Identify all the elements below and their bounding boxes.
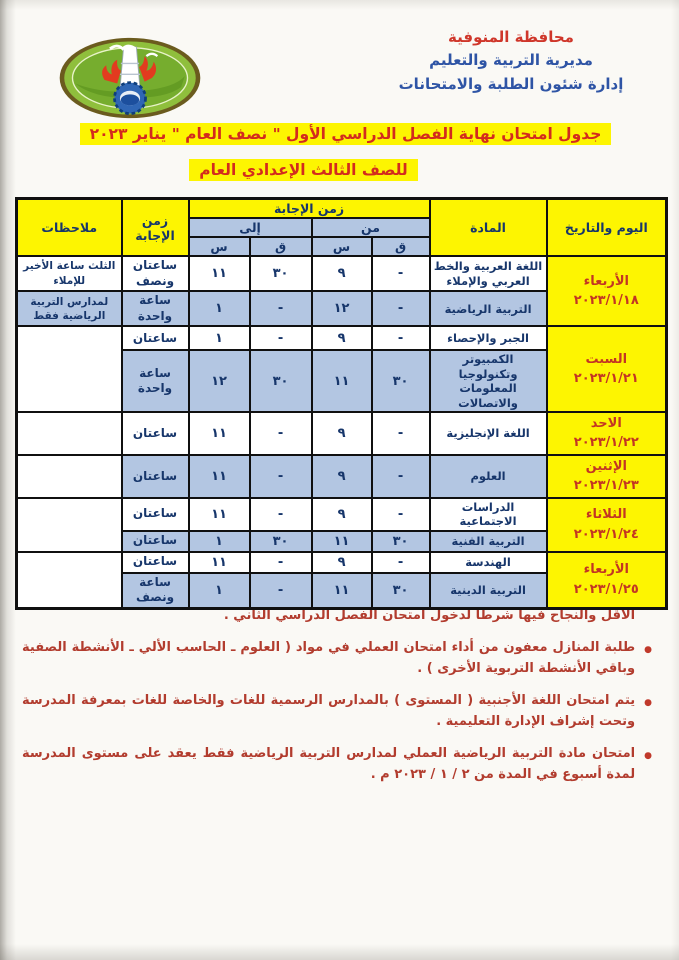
day-date-cell: الأربعاء٢٠٢٣/١/١٨ [547, 256, 667, 326]
day-name: الإثنين [550, 457, 664, 477]
note-cell: الثلث ساعة الأخير للإملاء [17, 256, 122, 291]
from-minutes-cell: - [372, 552, 430, 573]
bullet-icon: ● [644, 643, 652, 679]
from-hours-cell: ٩ [312, 412, 372, 455]
table-row: الثلاثاء٢٠٢٣/١/٢٤الدراسات الاجتماعية-٩-١… [17, 498, 667, 531]
letterhead: محافظة المنوفية مديرية التربية والتعليم … [389, 26, 633, 96]
from-minutes-cell: - [372, 498, 430, 531]
table-row: الأربعاء٢٠٢٣/١/١٨اللغة العربية والخط الع… [17, 256, 667, 291]
subject-cell: الكمبيوتر وتكنولوجيا المعلومات والاتصالا… [430, 350, 547, 412]
from-minutes-cell: - [372, 412, 430, 455]
grade-title: للصف الثالث الإعدادي العام [0, 159, 607, 181]
to-minutes-cell: ٣٠ [250, 256, 312, 291]
day-date: ٢٠٢٣/١/٢٢ [550, 433, 664, 453]
to-hours-cell: ١١ [189, 256, 250, 291]
duration-cell: ساعة واحدة [122, 350, 189, 412]
to-hours-cell: ١٢ [189, 350, 250, 412]
from-hours-cell: ٩ [312, 455, 372, 498]
header-day-date: اليوم والتاريخ [547, 199, 667, 257]
to-minutes-cell: - [250, 326, 312, 350]
day-name: الثلاثاء [550, 505, 664, 525]
header-subject: المادة [430, 199, 547, 257]
to-hours-cell: ١١ [189, 552, 250, 573]
governorate-name: محافظة المنوفية [389, 26, 633, 49]
to-minutes-cell: - [250, 498, 312, 531]
to-minutes-cell: ٣٠ [250, 350, 312, 412]
note-text: امتحان مادة التربية الرياضية العملي لمدا… [22, 743, 635, 785]
day-date: ٢٠٢٣/١/٢١ [550, 369, 664, 389]
subject-cell: الهندسة [430, 552, 547, 573]
duration-cell: ساعتان [122, 455, 189, 498]
table-row: السبت٢٠٢٣/١/٢١الجبر والإحصاء-٩-١ساعتان [17, 326, 667, 350]
from-hours-cell: ٩ [312, 326, 372, 350]
duration-cell: ساعتان [122, 412, 189, 455]
to-minutes-cell: - [250, 455, 312, 498]
from-hours-cell: ٩ [312, 256, 372, 291]
exam-schedule-table: اليوم والتاريخ المادة زمن الإجابة زمن ال… [15, 197, 668, 610]
header-duration: زمن الإجابة [122, 199, 189, 257]
day-date-cell: الأربعاء٢٠٢٣/١/٢٥ [547, 552, 667, 609]
note-cell [17, 552, 122, 609]
table-header-row: اليوم والتاريخ المادة زمن الإجابة زمن ال… [17, 199, 667, 219]
to-hours-cell: ١١ [189, 498, 250, 531]
to-minutes-cell: - [250, 291, 312, 326]
to-minutes-cell: ٣٠ [250, 531, 312, 552]
day-date-cell: الاحد٢٠٢٣/١/٢٢ [547, 412, 667, 455]
day-name: الأربعاء [550, 272, 664, 292]
day-name: الاحد [550, 414, 664, 434]
subject-cell: الجبر والإحصاء [430, 326, 547, 350]
day-date: ٢٠٢٣/١/٢٤ [550, 525, 664, 545]
to-hours-cell: ١ [189, 573, 250, 609]
schedule-table-body: الأربعاء٢٠٢٣/١/١٨اللغة العربية والخط الع… [17, 256, 667, 608]
note-cell [17, 326, 122, 412]
subject-cell: اللغة الإنجليزية [430, 412, 547, 455]
day-date: ٢٠٢٣/١/٢٥ [550, 580, 664, 600]
note-text: يتم امتحان اللغة الأجنبية ( المستوى ) با… [22, 690, 635, 732]
table-row: الأربعاء٢٠٢٣/١/٢٥الهندسة-٩-١١ساعتان [17, 552, 667, 573]
day-date-cell: الإثنين٢٠٢٣/١/٢٣ [547, 455, 667, 498]
from-hours-cell: ١١ [312, 350, 372, 412]
from-minutes-cell: - [372, 291, 430, 326]
from-hours-cell: ١١ [312, 573, 372, 609]
subject-cell: التربية الدينية [430, 573, 547, 609]
to-hours-cell: ١١ [189, 455, 250, 498]
subject-cell: التربية الفنية [430, 531, 547, 552]
scanned-exam-schedule-page: محافظة المنوفية مديرية التربية والتعليم … [0, 0, 679, 960]
from-hours-cell: ١٢ [312, 291, 372, 326]
from-hours-cell: ٩ [312, 498, 372, 531]
subject-cell: العلوم [430, 455, 547, 498]
header-from-minutes: ق [372, 237, 430, 256]
duration-cell: ساعتان [122, 498, 189, 531]
to-minutes-cell: - [250, 573, 312, 609]
from-minutes-cell: - [372, 326, 430, 350]
schedule-title-text: جدول امتحان نهاية الفصل الدراسي الأول " … [80, 123, 612, 145]
duration-cell: ساعتان ونصف [122, 256, 189, 291]
to-hours-cell: ١ [189, 531, 250, 552]
header-from: من [312, 218, 430, 237]
note-text: طلبة المنازل معفون من أداء امتحان العملي… [22, 637, 635, 679]
administration-name: إدارة شئون الطلبة والامتحانات [389, 73, 633, 96]
subject-cell: الدراسات الاجتماعية [430, 498, 547, 531]
to-hours-cell: ١ [189, 291, 250, 326]
directorate-name: مديرية التربية والتعليم [389, 49, 633, 72]
from-minutes-cell: - [372, 256, 430, 291]
day-date: ٢٠٢٣/١/٢٣ [550, 476, 664, 496]
day-date-cell: السبت٢٠٢٣/١/٢١ [547, 326, 667, 412]
notes-list: ●تقوم مواد الأنشطة الاختيارية يكون عمليا… [22, 584, 652, 796]
from-minutes-cell: ٣٠ [372, 350, 430, 412]
header-to-hours: س [189, 237, 250, 256]
table-row: الإثنين٢٠٢٣/١/٢٣العلوم-٩-١١ساعتان [17, 455, 667, 498]
from-minutes-cell: ٣٠ [372, 531, 430, 552]
note-item: ●امتحان مادة التربية الرياضية العملي لمد… [22, 743, 652, 785]
header-to-minutes: ق [250, 237, 312, 256]
schedule-table-container: اليوم والتاريخ المادة زمن الإجابة زمن ال… [15, 197, 668, 610]
day-date-cell: الثلاثاء٢٠٢٣/١/٢٤ [547, 498, 667, 552]
day-date: ٢٠٢٣/١/١٨ [550, 291, 664, 311]
table-row: الاحد٢٠٢٣/١/٢٢اللغة الإنجليزية-٩-١١ساعتا… [17, 412, 667, 455]
subject-cell: التربية الرياضية [430, 291, 547, 326]
note-item: ●يتم امتحان اللغة الأجنبية ( المستوى ) ب… [22, 690, 652, 732]
duration-cell: ساعتان [122, 531, 189, 552]
note-item: ●طلبة المنازل معفون من أداء امتحان العمل… [22, 637, 652, 679]
subject-cell: اللغة العربية والخط العربي والإملاء [430, 256, 547, 291]
to-hours-cell: ١ [189, 326, 250, 350]
note-cell [17, 498, 122, 552]
from-hours-cell: ٩ [312, 552, 372, 573]
to-minutes-cell: - [250, 552, 312, 573]
day-name: السبت [550, 350, 664, 370]
note-cell [17, 455, 122, 498]
duration-cell: ساعة واحدة [122, 291, 189, 326]
header-from-hours: س [312, 237, 372, 256]
from-hours-cell: ١١ [312, 531, 372, 552]
note-cell [17, 412, 122, 455]
bullet-icon: ● [644, 696, 652, 732]
from-minutes-cell: ٣٠ [372, 573, 430, 609]
day-name: الأربعاء [550, 560, 664, 580]
duration-cell: ساعتان [122, 326, 189, 350]
governorate-emblem-icon [56, 36, 204, 120]
to-minutes-cell: - [250, 412, 312, 455]
to-hours-cell: ١١ [189, 412, 250, 455]
header-answer-time-group: زمن الإجابة [189, 199, 430, 219]
schedule-title: جدول امتحان نهاية الفصل الدراسي الأول " … [12, 123, 679, 145]
header-to: إلى [189, 218, 312, 237]
bullet-icon: ● [644, 749, 652, 785]
grade-title-text: للصف الثالث الإعدادي العام [189, 159, 418, 181]
duration-cell: ساعة ونصف [122, 573, 189, 609]
duration-cell: ساعتان [122, 552, 189, 573]
note-cell: لمدارس التربية الرياضية فقط [17, 291, 122, 326]
from-minutes-cell: - [372, 455, 430, 498]
header-notes: ملاحظات [17, 199, 122, 257]
